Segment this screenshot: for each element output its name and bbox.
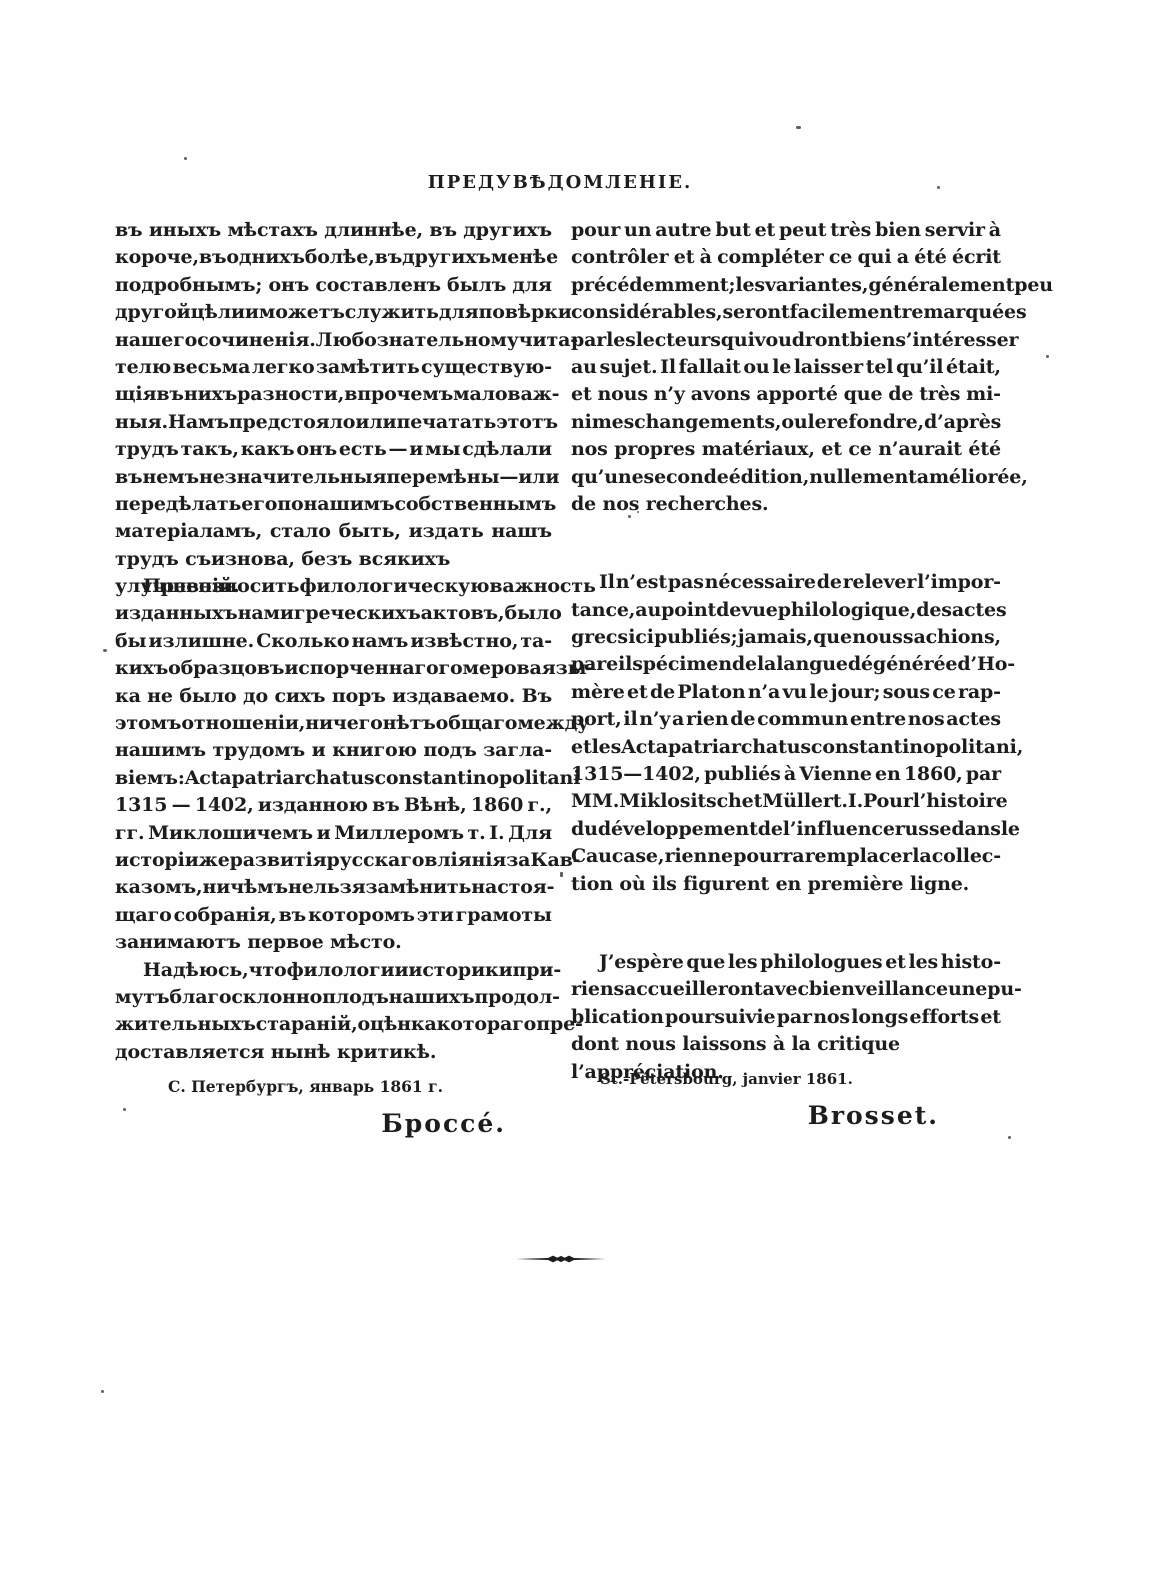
scan-speck bbox=[101, 1390, 104, 1393]
text-line: tion où ils figurent en première ligne. bbox=[571, 871, 1001, 898]
scan-speck bbox=[1008, 1136, 1011, 1139]
right-dateline: St.-Pétersbourg, janvier 1861. bbox=[600, 1070, 1001, 1088]
text-line: 1315—1402,изданноювъВѣнѣ,1860г., bbox=[115, 792, 552, 819]
text-line: короче,въоднихъболѣе,въдругихъменѣе bbox=[115, 244, 552, 271]
left-signature: Броссе́. bbox=[115, 1109, 552, 1138]
scan-speck bbox=[937, 186, 940, 189]
text-line: исторіижеразвитіярусскаговліяніязаКав- bbox=[115, 847, 552, 874]
text-line: подробнымъ;онъсоставленъбылъдля bbox=[115, 272, 552, 299]
text-line: канебылодосихъпоръиздаваемо.Въ bbox=[115, 683, 552, 710]
text-line: nospropresmatériaux,etcen’auraitété bbox=[571, 436, 1001, 463]
text-line: dont nous laissons à la critique l’appré… bbox=[571, 1031, 1001, 1058]
text-line: нашимътрудомъикнигоюподъзагла- bbox=[115, 737, 552, 764]
text-line: pourunautrebutetpeuttrèsbienservirà bbox=[571, 217, 1001, 244]
text-line: передѣлатьегопонашимъсобственнымъ bbox=[115, 491, 552, 518]
text-line: MM.MiklositschetMüllert.I.Pourl’histoire bbox=[571, 788, 1001, 815]
text-line: доставляется нынѣ критикѣ. bbox=[115, 1039, 552, 1066]
text-line: трудътакъ,какъонъесть—имысдѣлали bbox=[115, 436, 552, 463]
text-line: нашегосочиненія.Любознательномучита- bbox=[115, 327, 552, 354]
text-line: port,iln’yariendecommunentrenosactes bbox=[571, 706, 1001, 733]
text-line: tance,aupointdevuephilologique,desactes bbox=[571, 597, 1001, 624]
text-line: трудъ съизнова, безъ всякихъ улучшеній. bbox=[115, 546, 552, 573]
text-line: qu’unesecondeédition,nullementaméliorée, bbox=[571, 464, 1001, 491]
paragraph: Надѣюсь,чтофилологииисторикипри-мутъблаг… bbox=[115, 957, 552, 1067]
text-line: Превозноситьфилологическуюважность bbox=[115, 573, 552, 600]
text-line: Caucase,riennepourraremplacerlacollec- bbox=[571, 843, 1001, 870]
left-dateline: С. Петербургъ, январь 1861 г. bbox=[168, 1077, 552, 1096]
text-line: Iln’estpasnécessairedereleverl’impor- bbox=[571, 569, 1001, 596]
text-line: riensaccueillerontavecbienveillanceunepu… bbox=[571, 976, 1001, 1003]
left-column-paragraphs: въиныхъмѣстахъдлиннѣе,въдругихъкороче,въ… bbox=[115, 217, 552, 1066]
scan-speck bbox=[560, 872, 563, 877]
text-line: parleslecteursquivoudrontbiens’intéresse… bbox=[571, 327, 1001, 354]
text-line: віемъ:Actapatriarchatusconstantinopolita… bbox=[115, 765, 552, 792]
text-line: ныя.Намъпредстоялоилипечататьэтотъ bbox=[115, 409, 552, 436]
text-line: grecsicipubliés;jamais,quenoussachions, bbox=[571, 624, 1001, 651]
scan-speck bbox=[628, 515, 631, 518]
scan-speck bbox=[103, 649, 107, 652]
text-line: вънемънезначительныяперемѣны—или bbox=[115, 464, 552, 491]
text-line: занимаютъ первое мѣсто. bbox=[115, 929, 552, 956]
scan-speck bbox=[184, 157, 187, 160]
text-line: Надѣюсь,чтофилологииисторикипри- bbox=[115, 957, 552, 984]
left-column-russian: въиныхъмѣстахъдлиннѣе,въдругихъкороче,въ… bbox=[115, 217, 552, 1138]
tailpiece-ornament-icon bbox=[516, 1251, 606, 1270]
text-line: матеріаламъ,сталобыть,издатьнашъ bbox=[115, 518, 552, 545]
text-line: другойцѣлииможетъслужитьдляповѣрки bbox=[115, 299, 552, 326]
right-signature: Brosset. bbox=[571, 1101, 1001, 1130]
paragraph: pourunautrebutetpeuttrèsbienserviràcontr… bbox=[571, 217, 1001, 518]
text-line: etnousn’yavonsapportéquedetrèsmi- bbox=[571, 381, 1001, 408]
text-line: быизлишне.Скольконамъизвѣстно,та- bbox=[115, 628, 552, 655]
text-line: considérables,serontfacilementremarquées bbox=[571, 299, 1001, 326]
scan-speck bbox=[123, 1108, 126, 1111]
text-line: J’espèrequelesphilologuesetleshisto- bbox=[571, 949, 1001, 976]
text-line: мутъблагосклонноплодънашихъпродол- bbox=[115, 984, 552, 1011]
text-line: кихъобразцовъиспорченнагогомероваязы- bbox=[115, 655, 552, 682]
scan-speck bbox=[545, 505, 548, 509]
scan-speck bbox=[1046, 355, 1049, 358]
text-line: mèreetdePlatonn’avulejour;souscerap- bbox=[571, 679, 1001, 706]
text-line: 1315—1402,publiésàVienneen1860,par bbox=[571, 761, 1001, 788]
text-line: изданныхънамигреческихъактовъ,было bbox=[115, 600, 552, 627]
text-line: жительныхъстараній,оцѣнкакоторагопре- bbox=[115, 1011, 552, 1038]
right-column-french: pourunautrebutetpeuttrèsbienserviràcontr… bbox=[571, 217, 1001, 1130]
scan-speck bbox=[637, 511, 639, 513]
text-line: гг.МиклошичемъиМиллеромът.I.Для bbox=[115, 820, 552, 847]
scan-speck bbox=[796, 126, 801, 129]
text-line: nimeschangements,oulerefondre,d’après bbox=[571, 409, 1001, 436]
text-line: щіявънихъразности,впрочемъмаловаж- bbox=[115, 381, 552, 408]
text-line: contrôleretàcomplétercequiaétéécrit bbox=[571, 244, 1001, 271]
paragraph: въиныхъмѣстахъдлиннѣе,въдругихъкороче,въ… bbox=[115, 217, 552, 573]
text-line: blicationpoursuivieparnoslongseffortset bbox=[571, 1004, 1001, 1031]
paragraph: J’espèrequelesphilologuesetleshisto-rien… bbox=[571, 949, 1001, 1059]
text-line: précédemment;lesvariantes,généralementpe… bbox=[571, 272, 1001, 299]
text-line: телювесьмалегкозамѣтитьсуществую- bbox=[115, 354, 552, 381]
text-line: ausujet.Ilfallaitoulelaissertelqu’ilétai… bbox=[571, 354, 1001, 381]
text-line: этомъотношеніи,ничегонѣтъобщагомежду bbox=[115, 710, 552, 737]
paragraph: Iln’estpasnécessairedereleverl’impor-tan… bbox=[571, 569, 1001, 898]
text-line: de nos recherches. bbox=[571, 491, 1001, 518]
text-line: казомъ,ничѣмънельзязамѣнитьнастоя- bbox=[115, 874, 552, 901]
scanned-book-page: ПРЕДУВѢДОМЛЕНІЕ. въиныхъмѣстахъдлиннѣе,в… bbox=[0, 0, 1163, 1588]
text-line: pareilspécimendelalanguedégénéréed’Ho- bbox=[571, 651, 1001, 678]
paragraph: Превозноситьфилологическуюважностьизданн… bbox=[115, 573, 552, 956]
right-column-paragraphs: pourunautrebutetpeuttrèsbienserviràcontr… bbox=[571, 217, 1001, 1059]
text-line: dudéveloppementdel’influencerussedansle bbox=[571, 816, 1001, 843]
text-line: etlesActapatriarchatusconstantinopolitan… bbox=[571, 734, 1001, 761]
text-line: щагособранія,въкоторомъэтиграмоты bbox=[115, 902, 552, 929]
text-line: въиныхъмѣстахъдлиннѣе,въдругихъ bbox=[115, 217, 552, 244]
page-title: ПРЕДУВѢДОМЛЕНІЕ. bbox=[115, 172, 1005, 193]
